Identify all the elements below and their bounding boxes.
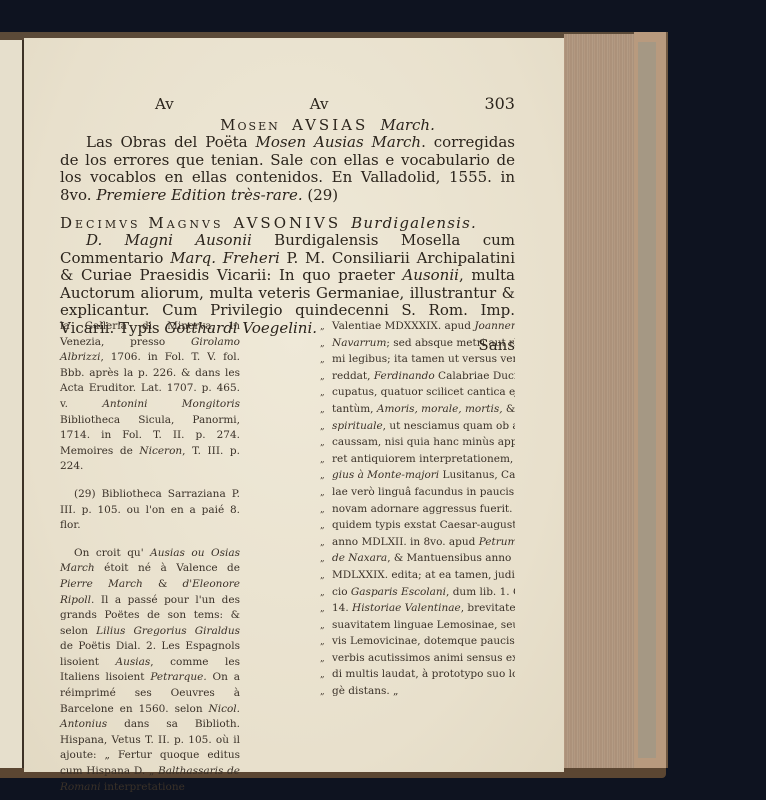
footnote-column-right: „Valentiae MDXXXIX. apud Joannem„Navarru… <box>320 319 515 795</box>
footnote-continued: la Galleria di Minerva, in Venezia, pres… <box>60 319 240 475</box>
facing-page-edge <box>0 40 24 768</box>
quote-mark: „ <box>320 586 332 602</box>
entry-heading-ausonius: Decimvs Magnvs AVSONIVS Burdigalensis. <box>60 214 515 232</box>
quote-mark: „ <box>320 486 332 502</box>
footnote-quote-line: „suavitatem linguae Lemosinae, seu ma- <box>320 618 515 635</box>
main-text: Av Av 303 Mosen AVSIAS March. Las Obras … <box>60 94 515 354</box>
footnote-quote-line: „ret antiquiorem interpretationem, Geor- <box>320 452 515 469</box>
running-head: Av Av 303 <box>60 94 515 116</box>
quote-mark: „ <box>320 386 332 402</box>
footnote-quote-line: „di multis laudat, à prototypo suo lon- <box>320 667 515 684</box>
quote-mark: „ <box>320 652 332 668</box>
quote-mark: „ <box>320 353 332 369</box>
footnotes: la Galleria di Minerva, in Venezia, pres… <box>60 319 515 795</box>
quote-mark: „ <box>320 569 332 585</box>
footnote-quote-line: „quidem typis exstat Caesar-augustanis <box>320 518 515 535</box>
quote-mark: „ <box>320 370 332 386</box>
footnote-quote-line: „Navarrum; sed absque metri aut rhithmi <box>320 336 515 353</box>
footnote-quote-line: „de Naxara, & Mantuensibus anno <box>320 551 515 568</box>
quote-mark: „ <box>320 668 332 684</box>
footnote-quote-line: „vis Lemovicinae, dotemque paucissimis <box>320 634 515 651</box>
footnote-quote-line: „reddat, Ferdinando Calabriae Duci nun- <box>320 369 515 386</box>
quote-mark: „ <box>320 403 332 419</box>
footnote-quote-line: „novam adornare aggressus fuerit. Quae <box>320 502 515 519</box>
footnote-quote-line: „MDLXXIX. edita; at ea tamen, judi- <box>320 568 515 585</box>
footnote-quote-line: „spirituale, ut nesciamus quam ob aliam <box>320 419 515 436</box>
quote-mark: „ <box>320 519 332 535</box>
quote-mark: „ <box>320 635 332 651</box>
footnote-column-left: la Galleria di Minerva, in Venezia, pres… <box>60 319 240 795</box>
footnote-ausias-note: On croit qu' Ausias ou Osias March étoit… <box>60 546 240 796</box>
quote-mark: „ <box>320 503 332 519</box>
quote-mark: „ <box>320 320 332 336</box>
footnote-quote-line: „mi legibus; ita tamen ut versus versum <box>320 352 515 369</box>
footnote-quote-line: „14. Historiae Valentinae, brevitatem & <box>320 601 515 618</box>
quote-mark: „ <box>320 619 332 635</box>
quote-mark: „ <box>320 436 332 452</box>
quote-mark: „ <box>320 602 332 618</box>
entry-body-ausias-march: Las Obras del Poëta Mosen Ausias March. … <box>60 134 515 204</box>
footnote-29: (29) Bibliotheca Sarraziana P. III. p. 1… <box>60 487 240 534</box>
footnote-quote-line: „tantùm, Amoris, morale, mortis, & <box>320 402 515 419</box>
footnote-quote-line: „gius à Monte-majori Lusitanus, Castel- <box>320 468 515 485</box>
footnote-quote-line: „cupatus, quatuor scilicet cantica ejus <box>320 385 515 402</box>
footnote-quote-line: „verbis acutissimos animi sensus explica… <box>320 651 515 668</box>
footnote-quote-line: „lae verò linguâ facundus in paucis vate… <box>320 485 515 502</box>
quote-mark: „ <box>320 469 332 485</box>
quote-mark: „ <box>320 337 332 353</box>
page-block-edge <box>564 34 634 768</box>
quote-mark: „ <box>320 536 332 552</box>
quote-mark: „ <box>320 453 332 469</box>
quote-mark: „ <box>320 685 332 701</box>
footnote-quote-line: „cio Gasparis Escolani, dum lib. 1. Cap. <box>320 585 515 602</box>
footnote-quote-line: „anno MDLXII. in 8vo. apud Petrum <box>320 535 515 552</box>
entry-heading-ausias-march: Mosen AVSIAS March. <box>140 116 515 134</box>
footnote-quote-line: „Valentiae MDXXXIX. apud Joannem <box>320 319 515 336</box>
page-number: 303 <box>484 94 515 113</box>
running-head-center: Av <box>310 95 329 113</box>
footnote-quote-line: „gè distans. „ <box>320 684 515 701</box>
footnote-quote-line: „caussam, nisi quia hanc minùs approba- <box>320 435 515 452</box>
book-board-edge <box>634 32 668 768</box>
running-head-left: Av <box>155 95 174 113</box>
quote-mark: „ <box>320 420 332 436</box>
quote-mark: „ <box>320 552 332 568</box>
